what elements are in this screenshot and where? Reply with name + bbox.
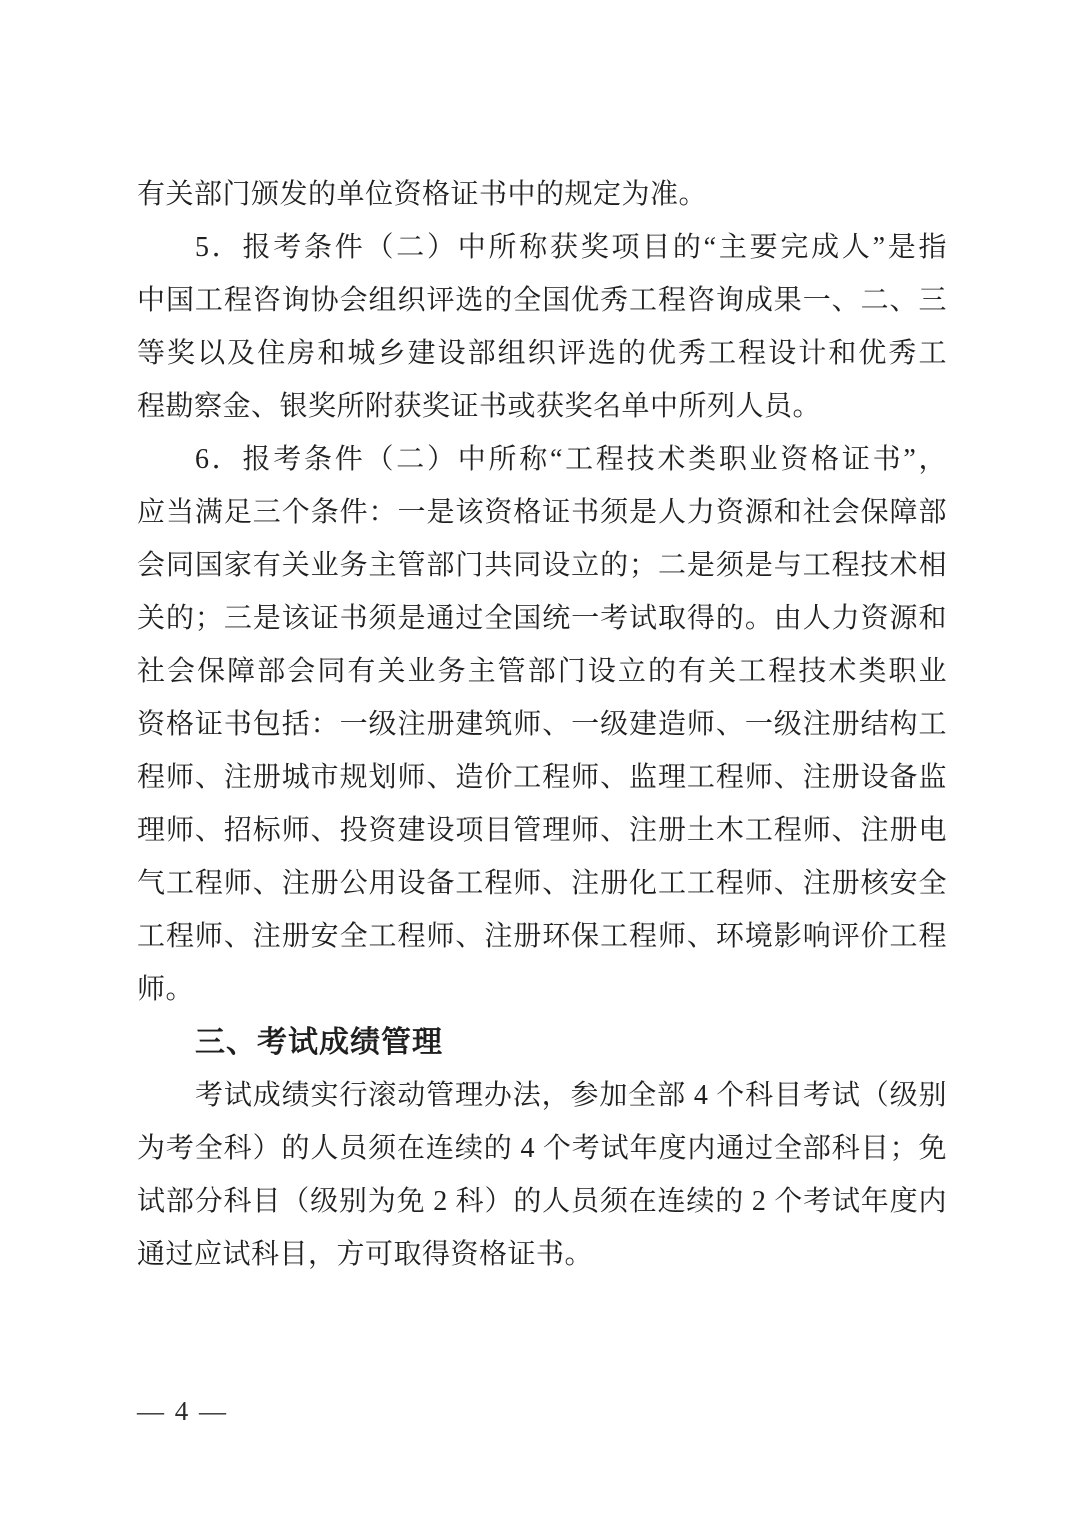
page-footer: — 4 — (137, 1395, 228, 1427)
text-line: 考试成绩实行滚动管理办法，参加全部 4 个科目考试（级别 (137, 1069, 947, 1122)
text-line: 应当满足三个条件：一是该资格证书须是人力资源和社会保障部 (137, 486, 947, 539)
text-line: 理师、招标师、投资建设项目管理师、注册土木工程师、注册电 (137, 804, 947, 857)
text-line: 程勘察金、银奖所附获奖证书或获奖名单中所列人员。 (137, 380, 947, 433)
text-line: 资格证书包括：一级注册建筑师、一级建造师、一级注册结构工 (137, 698, 947, 751)
document-page: 有关部门颁发的单位资格证书中的规定为准。 5．报考条件（二）中所称获奖项目的“主… (0, 0, 1080, 1527)
text-line: 6．报考条件（二）中所称“工程技术类职业资格证书”， (137, 433, 947, 486)
text-line: 为考全科）的人员须在连续的 4 个考试年度内通过全部科目；免 (137, 1122, 947, 1175)
text-line: 气工程师、注册公用设备工程师、注册化工工程师、注册核安全 (137, 857, 947, 910)
body-text: 有关部门颁发的单位资格证书中的规定为准。 5．报考条件（二）中所称获奖项目的“主… (137, 168, 947, 1281)
section-heading: 三、考试成绩管理 (137, 1016, 947, 1069)
text-line: 通过应试科目，方可取得资格证书。 (137, 1228, 947, 1281)
text-line: 程师、注册城市规划师、造价工程师、监理工程师、注册设备监 (137, 751, 947, 804)
page-number: — 4 — (137, 1396, 228, 1426)
text-line: 社会保障部会同有关业务主管部门设立的有关工程技术类职业 (137, 645, 947, 698)
text-line: 中国工程咨询协会组织评选的全国优秀工程咨询成果一、二、三 (137, 274, 947, 327)
text-line: 师。 (137, 963, 947, 1016)
text-line: 关的；三是该证书须是通过全国统一考试取得的。由人力资源和 (137, 592, 947, 645)
text-line: 工程师、注册安全工程师、注册环保工程师、环境影响评价工程 (137, 910, 947, 963)
text-line: 等奖以及住房和城乡建设部组织评选的优秀工程设计和优秀工 (137, 327, 947, 380)
text-line: 会同国家有关业务主管部门共同设立的；二是须是与工程技术相 (137, 539, 947, 592)
text-line: 有关部门颁发的单位资格证书中的规定为准。 (137, 168, 947, 221)
text-line: 试部分科目（级别为免 2 科）的人员须在连续的 2 个考试年度内 (137, 1175, 947, 1228)
text-line: 5．报考条件（二）中所称获奖项目的“主要完成人”是指 (137, 221, 947, 274)
